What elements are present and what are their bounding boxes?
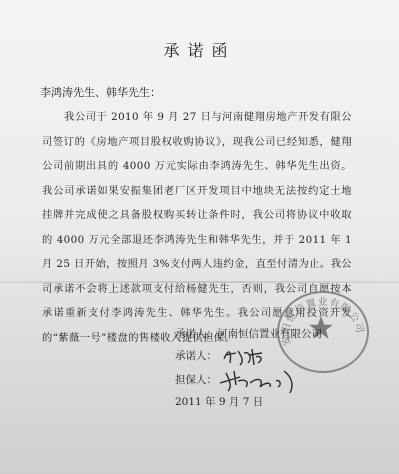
promisor-person-row: 承诺人：	[175, 345, 322, 367]
document-title: 承诺函	[0, 38, 399, 61]
signature-block: 承诺人：河南恒信置业有限公司 承诺人： 担保人： 2011 年 9 月 7 日	[175, 323, 322, 413]
guarantor-row: 担保人：	[175, 367, 322, 389]
salutation: 李鸿涛先生、韩华先生：	[40, 84, 161, 100]
guarantor-label: 担保人：	[175, 369, 217, 391]
promisor-company-row: 承诺人：河南恒信置业有限公司	[175, 323, 322, 345]
promisor-company-label: 承诺人：	[175, 323, 217, 345]
document-date: 2011 年 9 月 7 日	[175, 391, 322, 413]
promisor-company-name: 河南恒信置业有限公司	[217, 328, 322, 340]
handwritten-signature-promisor	[220, 345, 270, 367]
promisor-person-label: 承诺人：	[175, 345, 217, 367]
handwritten-signature-guarantor	[220, 367, 300, 393]
